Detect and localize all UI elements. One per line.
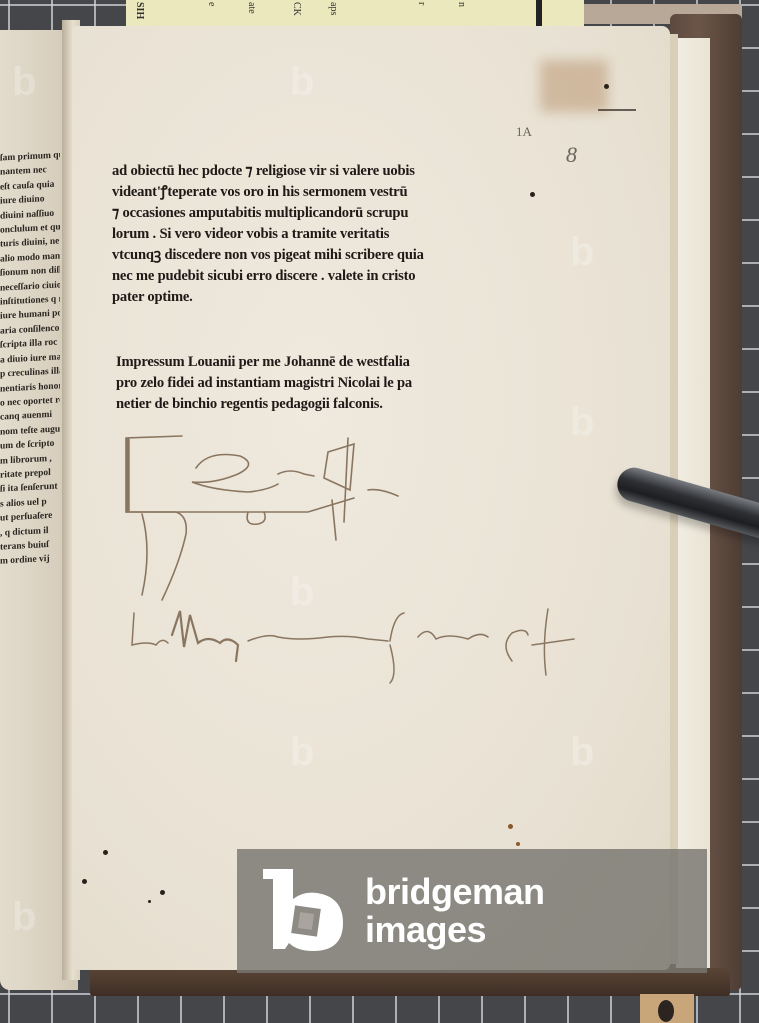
slip-fragment: e	[206, 2, 217, 6]
watermark-tile: b	[290, 730, 314, 775]
watermark-tile: b	[570, 730, 594, 775]
ink-speck	[604, 84, 609, 89]
ink-speck	[160, 890, 165, 895]
bridgeman-wordmark: bridgeman images	[365, 873, 545, 949]
ink-speck	[530, 192, 535, 197]
ownership-inscription	[128, 605, 588, 685]
ink-speck	[103, 850, 108, 855]
slip-fragment: n	[456, 2, 467, 7]
bridgeman-watermark-banner: bridgeman images	[237, 849, 707, 973]
ink-speck	[82, 879, 87, 884]
watermark-tile: b	[12, 60, 36, 105]
slip-fragment: aps	[328, 2, 339, 15]
watermark-tile: b	[570, 400, 594, 445]
ink-speck	[508, 824, 513, 829]
ink-speck	[516, 842, 520, 846]
watermark-tile: b	[12, 895, 36, 940]
watermark-tile: b	[570, 230, 594, 275]
pencil-shelfmark: 1A	[516, 124, 532, 140]
pencil-dash	[598, 108, 638, 112]
slip-fragment: r	[416, 2, 427, 5]
wooden-peg	[640, 994, 694, 1023]
watermark-tile: b	[290, 570, 314, 615]
folio-number: 8	[566, 142, 577, 168]
watermark-tile: b	[290, 60, 314, 105]
slip-fragment: CK	[291, 2, 302, 16]
bridgeman-logo-icon	[263, 869, 347, 951]
slip-bar	[536, 0, 542, 26]
printed-paragraph: ad obiectū hec pdocte ⁊ religiose vir si…	[112, 161, 424, 308]
slip-fragment: SIH	[134, 2, 145, 19]
ink-speck	[148, 900, 151, 903]
paper-slip: SIH e ate CK aps r n	[126, 0, 584, 27]
page-stain	[540, 60, 608, 112]
left-page-text: ſam primum quanantem neceſt cauſa quia i…	[0, 148, 60, 569]
slip-fragment: ate	[246, 2, 257, 14]
colophon: Impressum Louanii per me Johannē de west…	[116, 352, 412, 415]
